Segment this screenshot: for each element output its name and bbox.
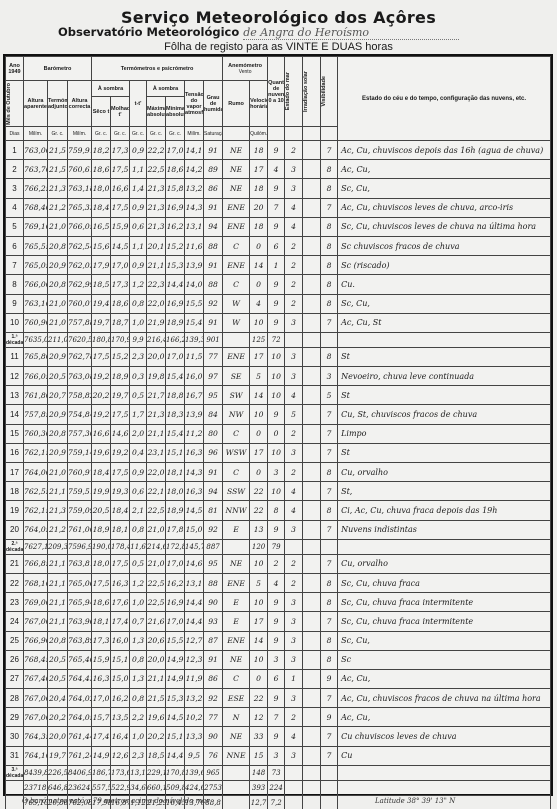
cell-pc: 764,43 bbox=[68, 669, 92, 688]
cell-d: 1,2 bbox=[130, 573, 147, 592]
cell-tb: 21,0 bbox=[48, 463, 68, 482]
cell-e: 11,2 bbox=[185, 424, 204, 443]
cell-mx: 20,6 bbox=[147, 631, 166, 650]
cell-mn: 16,2 bbox=[166, 573, 185, 592]
cell-wind-speed: 0 bbox=[250, 236, 268, 255]
cell-irradiation bbox=[303, 520, 321, 539]
cell-pc: 764,05 bbox=[68, 708, 92, 727]
cell-u: 86 bbox=[204, 179, 223, 198]
cell-pc: 761,24 bbox=[68, 746, 92, 765]
cell-sky-state: St bbox=[338, 443, 551, 462]
cell-tb: 20,5 bbox=[48, 650, 68, 669]
cell-tw: 16,3 bbox=[111, 573, 130, 592]
cell-u: 77 bbox=[204, 347, 223, 366]
cell-visibility: 7 bbox=[321, 612, 338, 631]
cell-clouds: 7 bbox=[268, 198, 285, 217]
cell-u: 96 bbox=[204, 443, 223, 462]
cell-u: 87 bbox=[204, 631, 223, 650]
cell-d: 0,9 bbox=[130, 198, 147, 217]
cell-wind-dir: W bbox=[223, 313, 250, 332]
table-row: 28767,0020,4764,0217,016,20,821,515,313,… bbox=[6, 689, 551, 708]
cell-d: 0,6 bbox=[130, 217, 147, 236]
cell-tw: 18,9 bbox=[111, 367, 130, 386]
cell-pc: 763,96 bbox=[68, 612, 92, 631]
cell-visibility: 7 bbox=[321, 443, 338, 462]
decade-pc: 7620,59 bbox=[68, 332, 92, 347]
cell-tb: 20,9 bbox=[48, 256, 68, 275]
decade-tw: 173,6 bbox=[111, 765, 130, 780]
day-cell: 25 bbox=[6, 631, 24, 650]
sum-p: 23718,00 bbox=[24, 780, 48, 795]
cell-u: 81 bbox=[204, 501, 223, 520]
cell-wind-speed: 22 bbox=[250, 501, 268, 520]
cell-p: 762,15 bbox=[24, 443, 48, 462]
cell-mx: 21,7 bbox=[147, 386, 166, 405]
cell-wind-dir: NE bbox=[223, 160, 250, 179]
cell-e: 14,1 bbox=[185, 141, 204, 160]
cell-pc: 762,03 bbox=[68, 256, 92, 275]
decade-e: 139,3 bbox=[185, 332, 204, 347]
cell-u: 91 bbox=[204, 463, 223, 482]
cell-wind-dir: C bbox=[223, 424, 250, 443]
decade-mx: 216,4 bbox=[147, 332, 166, 347]
cell-pc: 759,51 bbox=[68, 482, 92, 501]
cell-u: 92 bbox=[204, 520, 223, 539]
cell-wind-dir: NNE bbox=[223, 746, 250, 765]
cell-mx: 22,5 bbox=[147, 573, 166, 592]
cell-wind-dir: SE bbox=[223, 367, 250, 386]
cell-wind-speed: 4 bbox=[250, 294, 268, 313]
cell-d: 1,0 bbox=[130, 313, 147, 332]
cell-wind-dir: E bbox=[223, 612, 250, 631]
cell-p: 761,80 bbox=[24, 386, 48, 405]
cell-e: 16,3 bbox=[185, 482, 204, 501]
day-cell: 1 bbox=[6, 141, 24, 160]
cell-d: 0,9 bbox=[130, 141, 147, 160]
cell-t: 17,9 bbox=[92, 256, 111, 275]
observatory-line: Observatório Meteorológicode Angra do He… bbox=[58, 25, 459, 39]
observatory-name: de Angra do Heroísmo bbox=[243, 26, 459, 40]
cell-sea: 3 bbox=[285, 520, 303, 539]
cell-sea: 4 bbox=[285, 501, 303, 520]
cell-p: 764,00 bbox=[24, 463, 48, 482]
cell-clouds: 9 bbox=[268, 689, 285, 708]
table-row: 29767,0020,2764,0515,713,52,219,614,510,… bbox=[6, 708, 551, 727]
sum-u: 2753 bbox=[204, 780, 223, 795]
cell-mn: 14,4 bbox=[166, 275, 185, 294]
col-group-anemometer: AnemómetroVento bbox=[223, 57, 268, 81]
col-visibility: Visibilidade bbox=[321, 57, 338, 127]
cell-e: 9,5 bbox=[185, 746, 204, 765]
cell-mn: 15,8 bbox=[166, 179, 185, 198]
cell-clouds: 9 bbox=[268, 217, 285, 236]
cell-u: 91 bbox=[204, 198, 223, 217]
cell-sky-state: Nuvens indistintas bbox=[338, 520, 551, 539]
cell-wind-speed: 15 bbox=[250, 746, 268, 765]
cell-mn: 16,2 bbox=[166, 217, 185, 236]
table-row: 11765,8020,9762,7817,515,22,320,017,011,… bbox=[6, 347, 551, 366]
cell-p: 766,00 bbox=[24, 275, 48, 294]
cell-wind-dir: ENE bbox=[223, 573, 250, 592]
cell-e: 16,7 bbox=[185, 386, 204, 405]
cell-pc: 760,61 bbox=[68, 160, 92, 179]
cell-mx: 21,1 bbox=[147, 669, 166, 688]
cell-t: 16,5 bbox=[92, 217, 111, 236]
cell-t: 19,6 bbox=[92, 443, 111, 462]
cell-mx: 21,1 bbox=[147, 256, 166, 275]
cell-visibility: 7 bbox=[321, 482, 338, 501]
cell-d: 1,3 bbox=[130, 669, 147, 688]
table-row: 15760,3020,8757,3016,614,62,021,115,411,… bbox=[6, 424, 551, 443]
cell-t: 18,0 bbox=[92, 554, 111, 573]
cell-tw: 16,4 bbox=[111, 727, 130, 746]
sheet-subtitle: Fôlha de registo para as VINTE E DUAS ho… bbox=[0, 41, 557, 53]
cell-mx: 22,5 bbox=[147, 593, 166, 612]
cell-clouds: 2 bbox=[268, 554, 285, 573]
cell-sea: 3 bbox=[285, 313, 303, 332]
day-cell: 3 bbox=[6, 179, 24, 198]
cell-t: 18,6 bbox=[92, 160, 111, 179]
cell-t: 17,0 bbox=[92, 689, 111, 708]
cell-tw: 19,3 bbox=[111, 482, 130, 501]
cell-visibility: 9 bbox=[321, 708, 338, 727]
sum-tw: 522,9 bbox=[111, 780, 130, 795]
cell-visibility: 7 bbox=[321, 689, 338, 708]
cell-clouds: 9 bbox=[268, 313, 285, 332]
cell-d: 1,1 bbox=[130, 236, 147, 255]
cell-clouds: 9 bbox=[268, 631, 285, 650]
col-group-barometer: Barómetro bbox=[24, 57, 92, 81]
cell-clouds: 9 bbox=[268, 294, 285, 313]
cell-tb: 21,3 bbox=[48, 179, 68, 198]
cell-sky-state: St, bbox=[338, 482, 551, 501]
decade-mn: 166,2 bbox=[166, 332, 185, 347]
cell-u: 97 bbox=[204, 367, 223, 386]
cell-t: 19,9 bbox=[92, 482, 111, 501]
cell-tw: 17,5 bbox=[111, 405, 130, 424]
cell-tw: 13,5 bbox=[111, 708, 130, 727]
cell-pc: 765,06 bbox=[68, 573, 92, 592]
cell-irradiation bbox=[303, 367, 321, 386]
cell-wind-dir: ENE bbox=[223, 347, 250, 366]
cell-wind-dir: NE bbox=[223, 179, 250, 198]
cell-mx: 21,0 bbox=[147, 520, 166, 539]
day-cell: 31 bbox=[6, 746, 24, 765]
decade-mn: 170,8 bbox=[166, 765, 185, 780]
cell-mn: 17,0 bbox=[166, 141, 185, 160]
cell-clouds: 9 bbox=[268, 612, 285, 631]
decade-label: 2.ª década bbox=[6, 539, 24, 554]
cell-e: 14,2 bbox=[185, 160, 204, 179]
cell-u: 94 bbox=[204, 482, 223, 501]
observatory-label: Observatório Meteorológico bbox=[58, 25, 239, 39]
mean-clouds: 7,2 bbox=[268, 795, 285, 809]
cell-wind-dir: N bbox=[223, 708, 250, 727]
cell-e: 15,5 bbox=[185, 294, 204, 313]
cell-tb: 20,4 bbox=[48, 689, 68, 708]
cell-wind-speed: 10 bbox=[250, 313, 268, 332]
cell-mn: 18,0 bbox=[166, 482, 185, 501]
cell-sea: 3 bbox=[285, 612, 303, 631]
cell-tb: 21,5 bbox=[48, 141, 68, 160]
cell-p: 769,00 bbox=[24, 593, 48, 612]
cell-tb: 21,1 bbox=[48, 554, 68, 573]
cell-mn: 18,9 bbox=[166, 501, 185, 520]
cell-wind-speed: 0 bbox=[250, 275, 268, 294]
col-vapour: Tensão do vapor atmosférico bbox=[185, 81, 204, 127]
cell-pc: 757,88 bbox=[68, 313, 92, 332]
decade-wind-speed: 125 bbox=[250, 332, 268, 347]
cell-d: 0,8 bbox=[130, 294, 147, 313]
cell-visibility: 7 bbox=[321, 554, 338, 573]
cell-sky-state: Sc, Cu, bbox=[338, 294, 551, 313]
mean-wind-speed: 12,7 bbox=[250, 795, 268, 809]
register-sheet: Ano 1949 Barómetro Termómetros e psicróm… bbox=[3, 54, 553, 796]
table-row: 8766,0020,8762,9918,517,31,222,314,414,0… bbox=[6, 275, 551, 294]
table-row: 7765,0520,9762,0317,917,00,921,115,313,9… bbox=[6, 256, 551, 275]
cell-tb: 21,5 bbox=[48, 160, 68, 179]
cell-sea: 3 bbox=[285, 689, 303, 708]
day-cell: 13 bbox=[6, 386, 24, 405]
cell-mn: 15,3 bbox=[166, 689, 185, 708]
cell-d: 1,7 bbox=[130, 405, 147, 424]
cell-tw: 16,0 bbox=[111, 631, 130, 650]
cell-t: 18,1 bbox=[92, 612, 111, 631]
cell-e: 13,1 bbox=[185, 217, 204, 236]
cell-tw: 15,1 bbox=[111, 650, 130, 669]
decade-t: 186,7 bbox=[92, 765, 111, 780]
cell-sky-state: Sc, Cu, chuva fraca intermitente bbox=[338, 593, 551, 612]
cell-wind-dir: NNW bbox=[223, 501, 250, 520]
cell-wind-speed: 0 bbox=[250, 424, 268, 443]
cell-clouds: 9 bbox=[268, 141, 285, 160]
cell-tw: 15,9 bbox=[111, 217, 130, 236]
cell-clouds: 10 bbox=[268, 386, 285, 405]
cell-sky-state: Cu chuviscos leves de chuva bbox=[338, 727, 551, 746]
cell-visibility: 8 bbox=[321, 256, 338, 275]
cell-visibility: 7 bbox=[321, 746, 338, 765]
cell-sea: 5 bbox=[285, 405, 303, 424]
cell-wind-dir: C bbox=[223, 275, 250, 294]
cell-sea: 3 bbox=[285, 367, 303, 386]
cell-p: 767,00 bbox=[24, 689, 48, 708]
cell-t: 19,4 bbox=[92, 294, 111, 313]
day-cell: 5 bbox=[6, 217, 24, 236]
cell-t: 17,5 bbox=[92, 347, 111, 366]
table-row: 19762,1521,3759,0920,518,42,122,518,914,… bbox=[6, 501, 551, 520]
cell-tw: 18,7 bbox=[111, 313, 130, 332]
cell-tw: 15,0 bbox=[111, 669, 130, 688]
cell-d: 0,3 bbox=[130, 367, 147, 386]
cell-e: 10,2 bbox=[185, 708, 204, 727]
cell-sea: 2 bbox=[285, 573, 303, 592]
cell-wind-speed: 10 bbox=[250, 554, 268, 573]
cell-u: 91 bbox=[204, 256, 223, 275]
cell-mn: 17,0 bbox=[166, 612, 185, 631]
cell-mx: 19,6 bbox=[147, 708, 166, 727]
cell-t: 16,6 bbox=[92, 424, 111, 443]
cell-u: 76 bbox=[204, 746, 223, 765]
cell-irradiation bbox=[303, 482, 321, 501]
cell-sky-state: St bbox=[338, 347, 551, 366]
cell-visibility: 8 bbox=[321, 631, 338, 650]
cell-visibility: 7 bbox=[321, 141, 338, 160]
day-cell: 9 bbox=[6, 294, 24, 313]
footer-latitude: Latitude 38° 39' 13" N bbox=[375, 797, 455, 805]
cell-clouds: 10 bbox=[268, 347, 285, 366]
cell-tb: 20,8 bbox=[48, 424, 68, 443]
table-row: 16762,1520,9759,1419,619,20,423,115,116,… bbox=[6, 443, 551, 462]
day-cell: 21 bbox=[6, 554, 24, 573]
cell-irradiation bbox=[303, 612, 321, 631]
cell-tb: 21,2 bbox=[48, 198, 68, 217]
cell-wind-dir: ENE bbox=[223, 217, 250, 236]
cell-wind-dir: ENE bbox=[223, 631, 250, 650]
day-cell: 24 bbox=[6, 612, 24, 631]
cell-tb: 20,7 bbox=[48, 386, 68, 405]
cell-t: 20,5 bbox=[92, 501, 111, 520]
col-wind-dir: Rumo bbox=[223, 81, 250, 127]
cell-t: 15,9 bbox=[92, 650, 111, 669]
sum-tb: 646,8 bbox=[48, 780, 68, 795]
cell-mn: 18,6 bbox=[166, 160, 185, 179]
cell-mx: 22,5 bbox=[147, 501, 166, 520]
cell-tw: 17,3 bbox=[111, 275, 130, 294]
cell-e: 14,4 bbox=[185, 612, 204, 631]
cell-wind-speed: 18 bbox=[250, 217, 268, 236]
cell-tb: 20,8 bbox=[48, 275, 68, 294]
cell-wind-dir: SW bbox=[223, 386, 250, 405]
cell-e: 14,4 bbox=[185, 593, 204, 612]
cell-mx: 23,1 bbox=[147, 443, 166, 462]
cell-tb: 21,1 bbox=[48, 482, 68, 501]
cell-mn: 14,9 bbox=[166, 650, 185, 669]
cell-e: 14,3 bbox=[185, 463, 204, 482]
cell-mx: 22,1 bbox=[147, 482, 166, 501]
decade-tb: 209,3 bbox=[48, 539, 68, 554]
cell-t: 20,2 bbox=[92, 386, 111, 405]
cell-p: 768,45 bbox=[24, 650, 48, 669]
col-max: Máxima absoluta bbox=[147, 97, 166, 127]
col-barometer-thermo: Termómetro adjunto bbox=[48, 81, 68, 127]
table-row: 27767,4020,5764,4316,315,01,321,114,911,… bbox=[6, 669, 551, 688]
cell-p: 765,55 bbox=[24, 236, 48, 255]
cell-clouds: 8 bbox=[268, 501, 285, 520]
cell-tb: 20,5 bbox=[48, 367, 68, 386]
day-cell: 2 bbox=[6, 160, 24, 179]
cell-wind-speed: 22 bbox=[250, 482, 268, 501]
table-row: 3766,2521,3763,1818,016,61,421,315,813,2… bbox=[6, 179, 551, 198]
col-clouds: Quantidade de nuvens 0 a 10 bbox=[268, 57, 285, 127]
cell-visibility: 8 bbox=[321, 294, 338, 313]
cell-sky-state: Ac, Cu, bbox=[338, 160, 551, 179]
cell-sky-state: Ac, Cu, chuviscos depois das 16h (agua d… bbox=[338, 141, 551, 160]
cell-mx: 22,0 bbox=[147, 294, 166, 313]
cell-irradiation bbox=[303, 650, 321, 669]
day-cell: 10 bbox=[6, 313, 24, 332]
cell-irradiation bbox=[303, 256, 321, 275]
cell-p: 763,10 bbox=[24, 294, 48, 313]
table-row: 18762,5521,1759,5119,919,30,622,118,016,… bbox=[6, 482, 551, 501]
cell-wind-speed: 10 bbox=[250, 650, 268, 669]
decade-mx: 229,1 bbox=[147, 765, 166, 780]
day-cell: 22 bbox=[6, 573, 24, 592]
cell-e: 13,2 bbox=[185, 689, 204, 708]
cell-t: 16,3 bbox=[92, 669, 111, 688]
cell-wind-speed: 17 bbox=[250, 612, 268, 631]
cell-sea: 2 bbox=[285, 236, 303, 255]
cell-mn: 15,2 bbox=[166, 236, 185, 255]
cell-pc: 762,99 bbox=[68, 275, 92, 294]
cell-sky-state: Sc, Cu, chuviscos leves de chuva na últi… bbox=[338, 217, 551, 236]
cell-tw: 18,1 bbox=[111, 520, 130, 539]
cell-p: 763,00 bbox=[24, 141, 48, 160]
cell-sky-state: Sc chuviscos fracos de chuva bbox=[338, 236, 551, 255]
cell-tb: 20,8 bbox=[48, 631, 68, 650]
cell-p: 767,00 bbox=[24, 612, 48, 631]
cell-wind-speed: 10 bbox=[250, 593, 268, 612]
cell-d: 0,5 bbox=[130, 386, 147, 405]
cell-sky-state: Ac, Cu, bbox=[338, 669, 551, 688]
cell-p: 765,80 bbox=[24, 347, 48, 366]
cell-d: 2,0 bbox=[130, 424, 147, 443]
cell-pc: 757,30 bbox=[68, 424, 92, 443]
cell-visibility: 8 bbox=[321, 347, 338, 366]
cell-tw: 18,4 bbox=[111, 501, 130, 520]
table-row: 22768,1021,1765,0617,516,31,222,516,213,… bbox=[6, 573, 551, 592]
col-humidity: Grau de humidade bbox=[204, 81, 223, 127]
cell-irradiation bbox=[303, 405, 321, 424]
cell-sea: 2 bbox=[285, 256, 303, 275]
cell-sea: 4 bbox=[285, 198, 303, 217]
table-row: 12766,0520,5763,0819,218,90,319,815,416,… bbox=[6, 367, 551, 386]
cell-mn: 15,4 bbox=[166, 367, 185, 386]
cell-pc: 765,94 bbox=[68, 593, 92, 612]
cell-sea: 2 bbox=[285, 708, 303, 727]
cell-pc: 766,05 bbox=[68, 217, 92, 236]
cell-p: 768,40 bbox=[24, 198, 48, 217]
cell-d: 0,7 bbox=[130, 612, 147, 631]
decade-clouds: 79 bbox=[268, 539, 285, 554]
cell-irradiation bbox=[303, 179, 321, 198]
day-cell: 19 bbox=[6, 501, 24, 520]
cell-visibility: 8 bbox=[321, 236, 338, 255]
cell-mx: 19,8 bbox=[147, 367, 166, 386]
cell-irradiation bbox=[303, 593, 321, 612]
cell-wind-dir: NE bbox=[223, 141, 250, 160]
cell-irradiation bbox=[303, 443, 321, 462]
cell-clouds: 3 bbox=[268, 650, 285, 669]
cell-e: 13,2 bbox=[185, 179, 204, 198]
cell-d: 2,3 bbox=[130, 746, 147, 765]
cell-clouds: 6 bbox=[268, 236, 285, 255]
cell-d: 0,8 bbox=[130, 689, 147, 708]
decade-tw: 170,9 bbox=[111, 332, 130, 347]
cell-pc: 763,08 bbox=[68, 367, 92, 386]
table-row: 26768,4520,5765,4615,915,10,820,014,912,… bbox=[6, 650, 551, 669]
cell-d: 1,3 bbox=[130, 631, 147, 650]
col-pressure-apparent: Altura aparente bbox=[24, 81, 48, 127]
cell-wind-speed: 17 bbox=[250, 443, 268, 462]
cell-d: 2,2 bbox=[130, 708, 147, 727]
cell-wind-speed: 33 bbox=[250, 727, 268, 746]
table-row: 9763,1021,0760,0719,418,60,822,016,915,5… bbox=[6, 294, 551, 313]
cell-pc: 764,02 bbox=[68, 689, 92, 708]
cell-d: 1,1 bbox=[130, 160, 147, 179]
cell-e: 14,3 bbox=[185, 198, 204, 217]
day-cell: 18 bbox=[6, 482, 24, 501]
decade-summary-row: 3.ª década8439,85226,58406,98186,7173,61… bbox=[6, 765, 551, 780]
